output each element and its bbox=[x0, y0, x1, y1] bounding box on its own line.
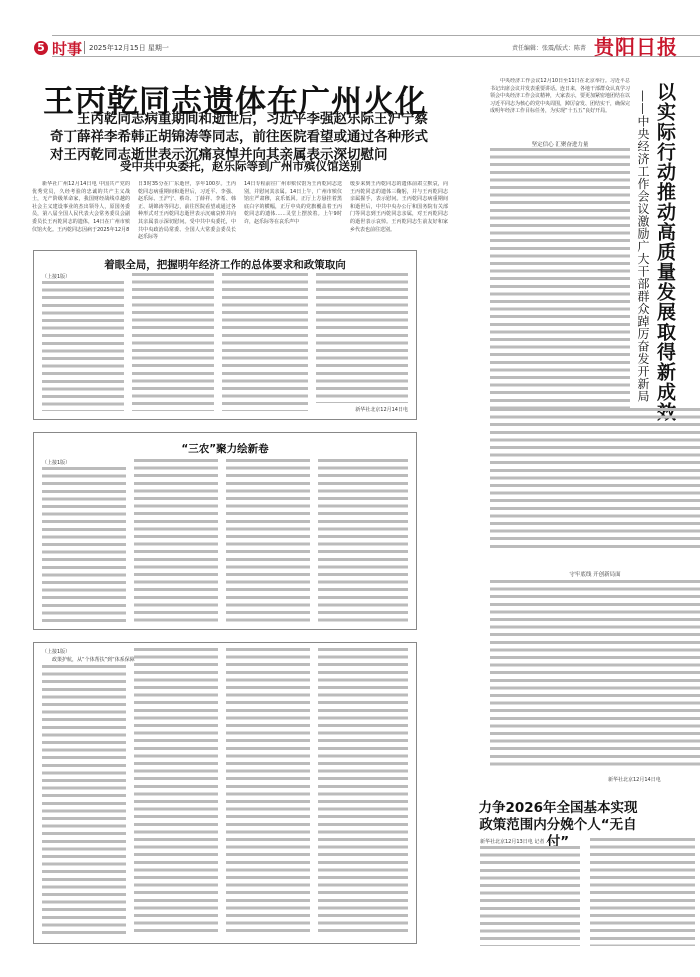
bottom-column-1 bbox=[42, 665, 126, 935]
section-label: 时事 bbox=[52, 38, 82, 59]
lead-column-3: 14日专程前往广州市殡仪馆为王丙乾同志送别，并慰问其亲属。14日上午，广州市殡仪… bbox=[244, 181, 342, 241]
lead-column-1: 新华社广州12月14日电 中国共产党的优秀党员，久经考验的忠诚的共产主义战士，无… bbox=[32, 181, 130, 241]
masthead-logo: 贵阳日报 bbox=[594, 31, 678, 60]
header-divider bbox=[84, 41, 85, 54]
right-story-body-2 bbox=[490, 408, 700, 548]
medical-headline-line-1: 力争2026年全国基本实现 bbox=[473, 800, 643, 817]
bottom-column-4 bbox=[318, 648, 408, 935]
right-story-body-3 bbox=[490, 580, 700, 770]
box-story-byline: 新华社北京12月14日电 bbox=[355, 406, 408, 413]
right-story-headline: 以实际行动推动高质量发展取得新成效 bbox=[652, 82, 679, 422]
right-section-head-1: 坚定信心 汇聚奋进力量 bbox=[490, 140, 630, 148]
box-story-column-2 bbox=[132, 273, 214, 411]
right-story-subheadline: ——中央经济工作会议激励广大干部群众踔厉奋发开新局 bbox=[635, 90, 652, 403]
box-story-column-3 bbox=[222, 273, 308, 411]
sannong-column-2 bbox=[134, 459, 218, 622]
issue-date: 2025年12月15日 星期一 bbox=[89, 43, 169, 53]
bottom-column-3 bbox=[226, 648, 310, 935]
bottom-column-2 bbox=[134, 648, 218, 935]
sannong-column-1 bbox=[42, 467, 126, 622]
sannong-continued: （上接1版） bbox=[42, 459, 70, 466]
lead-subdeck: 受中共中央委托，赵乐际等到广州市殡仪馆送别 bbox=[120, 158, 362, 174]
sannong-column-3 bbox=[226, 459, 310, 622]
box-story-bottom: （上接1版） 政策护航，从“个体帮扶”到“体系保障” bbox=[33, 642, 417, 944]
right-story-byline: 新华社北京12月14日电 bbox=[608, 776, 661, 783]
right-section-head-2: 守牢底线 开创新局面 bbox=[490, 570, 700, 578]
page-number-badge: 5 bbox=[34, 41, 48, 55]
medical-dateline: 新华社北京12月13日电 记者 …… bbox=[480, 838, 556, 845]
editor-credit: 责任编辑：张震/版式：陈菁 bbox=[512, 43, 586, 52]
box-story-economic: 着眼全局，把握明年经济工作的总体要求和政策取向 （上接1版） 新华社北京12月1… bbox=[33, 250, 417, 420]
sannong-column-4 bbox=[318, 459, 408, 622]
box-story-sannong: “三农”聚力绘新卷 （上接1版） bbox=[33, 432, 417, 630]
medical-column-1 bbox=[480, 846, 580, 946]
box-story-column-4 bbox=[316, 273, 408, 403]
box-story-column-1 bbox=[42, 281, 124, 411]
bottom-first-line: 政策护航，从“个体帮扶”到“体系保障” bbox=[52, 656, 137, 663]
box-story-continued: （上接1版） bbox=[42, 273, 70, 280]
lead-column-4: 缓步来到王丙乾同志的遗体前肃立默哀，向王丙乾同志的遗体三鞠躬，并与王丙乾同志亲属… bbox=[350, 181, 448, 241]
lead-column-2: 日3时35分在广东逝世，享年100岁。王丙乾同志病重期间和逝世后，习近平、李强、… bbox=[138, 181, 236, 241]
medical-column-2 bbox=[590, 838, 695, 946]
right-story-body-1 bbox=[490, 148, 630, 408]
lead-deck: 王丙乾同志病重期间和逝世后，习近平李强赵乐际王沪宁蔡奇丁薛祥李希韩正胡锦涛等同志… bbox=[50, 110, 430, 164]
bottom-continued: （上接1版） bbox=[42, 648, 70, 655]
box-story-title: 着眼全局，把握明年经济工作的总体要求和政策取向 bbox=[34, 257, 416, 272]
sannong-title: “三农”聚力绘新卷 bbox=[34, 441, 416, 456]
right-story-intro: 中央经济工作会议12月10日至11日在北京举行。习近平总书记出席会议并发表重要讲… bbox=[490, 78, 630, 138]
